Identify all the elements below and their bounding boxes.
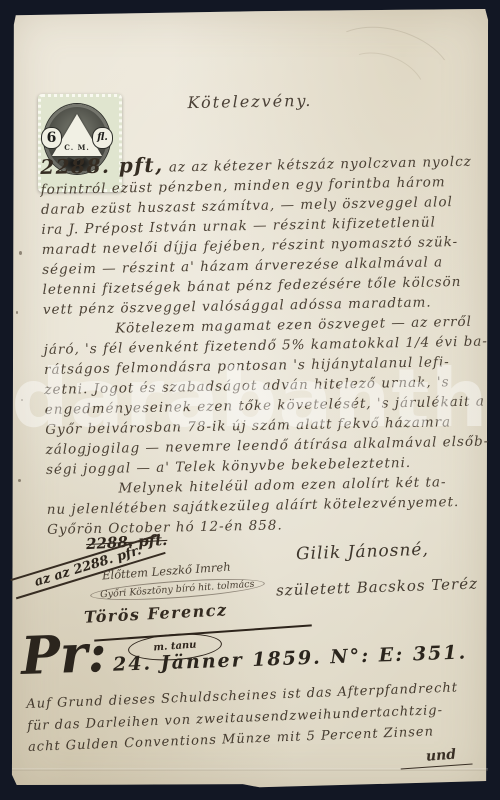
stamp-currency: fl.: [93, 128, 112, 148]
paper-crease: [12, 768, 488, 771]
paragraph-1: forintról ezüst pénzben, minden egy fori…: [40, 172, 483, 320]
registration-text: 24. Jänner 1859. N°: E: 351.: [113, 641, 468, 675]
paragraph-2: Kötelezem magamat ezen öszveget — az err…: [43, 312, 486, 480]
handwritten-body: 2288. pft, az az kétezer kétszáz nyolczv…: [40, 149, 487, 540]
amount-figure: 2288. pft,: [40, 153, 164, 179]
paragraph-3: Melynek hiteléül adom ezen alolírt két t…: [46, 471, 487, 539]
photo-background: C. M. 6 fl. Kötelezvény. 2288. pft, az a…: [0, 0, 500, 800]
foxing-speck: [18, 479, 21, 482]
foxing-speck: [21, 399, 23, 401]
registration-initial: Pr:: [20, 625, 108, 686]
stamp-value: 6: [42, 128, 61, 148]
foxing-speck: [19, 251, 22, 255]
stamp-center-text: C. M.: [64, 143, 90, 152]
foxing-speck: [16, 311, 18, 314]
